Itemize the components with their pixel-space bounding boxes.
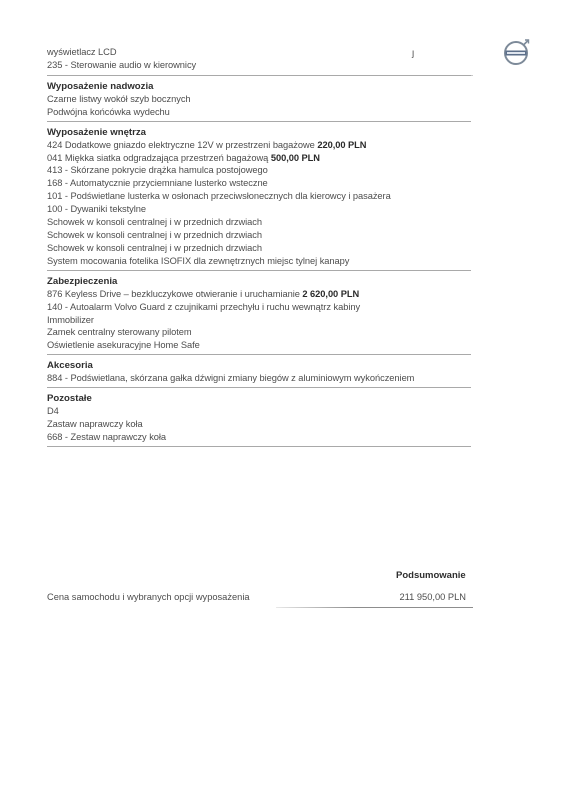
summary-total-price: 211 950,00 PLN [396, 592, 466, 602]
list-item: Immobilizer [47, 314, 471, 327]
item-text: 101 - Podświetlane lusterka w osłonach p… [47, 191, 391, 201]
list-item: Schowek w konsoli centralnej i w przedni… [47, 229, 471, 242]
item-text: 884 - Podświetlana, skórzana gałka dźwig… [47, 373, 414, 383]
summary-title: Podsumowanie [396, 570, 466, 581]
list-item: Podwójna końcówka wydechu [47, 106, 471, 119]
list-item: Oświetlenie asekuracyjne Home Safe [47, 339, 471, 352]
section-title: Wyposażenie nadwozia [47, 80, 471, 93]
section-divider [47, 446, 471, 447]
item-text: Schowek w konsoli centralnej i w przedni… [47, 217, 262, 227]
item-text: 668 - Zestaw naprawczy koła [47, 432, 166, 442]
list-item: 424 Dodatkowe gniazdo elektryczne 12V w … [47, 139, 471, 152]
list-item: 100 - Dywaniki tekstylne [47, 203, 471, 216]
item-text: D4 [47, 406, 59, 416]
list-item: 876 Keyless Drive – bezkluczykowe otwier… [47, 288, 471, 301]
list-item: 041 Miękka siatka odgradzająca przestrze… [47, 152, 471, 165]
item-price: 500,00 PLN [271, 153, 320, 163]
item-text: Schowek w konsoli centralnej i w przedni… [47, 230, 262, 240]
item-text: Zastaw naprawczy koła [47, 419, 143, 429]
list-item: 101 - Podświetlane lusterka w osłonach p… [47, 190, 471, 203]
item-text: 413 - Skórzane pokrycie drążka hamulca p… [47, 165, 268, 175]
continued-items: wyświetlacz LCD 235 - Sterowanie audio w… [47, 46, 471, 75]
item-text: 140 - Autoalarm Volvo Guard z czujnikami… [47, 302, 360, 312]
sections-container: Wyposażenie nadwoziaCzarne listwy wokół … [47, 75, 471, 446]
section-1: Wyposażenie wnętrza424 Dodatkowe gniazdo… [47, 121, 471, 270]
list-item: Schowek w konsoli centralnej i w przedni… [47, 242, 471, 255]
list-item: D4 [47, 405, 471, 418]
item-price: 2 620,00 PLN [302, 289, 359, 299]
summary-label: Cena samochodu i wybranych opcji wyposaż… [47, 592, 250, 602]
item-text: Oświetlenie asekuracyjne Home Safe [47, 340, 200, 350]
list-item: Zastaw naprawczy koła [47, 418, 471, 431]
item-price: 220,00 PLN [317, 140, 366, 150]
equipment-list: wyświetlacz LCD 235 - Sterowanie audio w… [47, 46, 471, 447]
item-text: Czarne listwy wokół szyb bocznych [47, 94, 191, 104]
section-0: Wyposażenie nadwoziaCzarne listwy wokół … [47, 75, 471, 121]
section-3: Akcesoria884 - Podświetlana, skórzana ga… [47, 354, 471, 387]
list-item: wyświetlacz LCD [47, 46, 471, 59]
section-4: PozostałeD4Zastaw naprawczy koła668 - Ze… [47, 387, 471, 446]
list-item: Schowek w konsoli centralnej i w przedni… [47, 216, 471, 229]
list-item: System mocowania fotelika ISOFIX dla zew… [47, 255, 471, 268]
summary-divider [276, 607, 473, 608]
list-item: 884 - Podświetlana, skórzana gałka dźwig… [47, 372, 471, 385]
section-title: Pozostałe [47, 392, 471, 405]
list-item: 413 - Skórzane pokrycie drążka hamulca p… [47, 164, 471, 177]
document-page: ȷ wyświetlacz LCD 235 - Sterowanie audio… [0, 0, 581, 799]
volvo-logo-icon [502, 37, 532, 67]
item-text: 424 Dodatkowe gniazdo elektryczne 12V w … [47, 140, 315, 150]
list-item: 140 - Autoalarm Volvo Guard z czujnikami… [47, 301, 471, 314]
list-item: Zamek centralny sterowany pilotem [47, 326, 471, 339]
item-text: Zamek centralny sterowany pilotem [47, 327, 192, 337]
item-text: 876 Keyless Drive – bezkluczykowe otwier… [47, 289, 300, 299]
list-item: 668 - Zestaw naprawczy koła [47, 431, 471, 444]
item-text: Schowek w konsoli centralnej i w przedni… [47, 243, 262, 253]
section-title: Akcesoria [47, 359, 471, 372]
section-title: Wyposażenie wnętrza [47, 126, 471, 139]
item-text: System mocowania fotelika ISOFIX dla zew… [47, 256, 349, 266]
list-item: Czarne listwy wokół szyb bocznych [47, 93, 471, 106]
item-text: 168 - Automatycznie przyciemniane luster… [47, 178, 268, 188]
item-text: Immobilizer [47, 315, 94, 325]
item-text: 041 Miękka siatka odgradzająca przestrze… [47, 153, 268, 163]
list-item: 235 - Sterowanie audio w kierownicy [47, 59, 471, 72]
section-2: Zabezpieczenia876 Keyless Drive – bezklu… [47, 270, 471, 355]
item-text: Podwójna końcówka wydechu [47, 107, 170, 117]
list-item: 168 - Automatycznie przyciemniane luster… [47, 177, 471, 190]
item-text: 100 - Dywaniki tekstylne [47, 204, 146, 214]
section-title: Zabezpieczenia [47, 275, 471, 288]
